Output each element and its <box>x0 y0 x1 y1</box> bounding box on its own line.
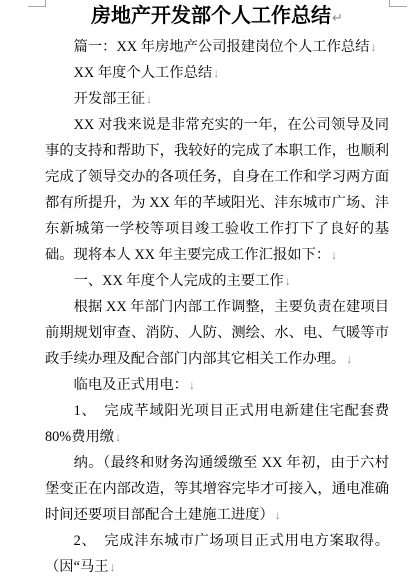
paragraph-text: 根据 XX 年部门内部工作调整，主要负责在建项目前期规划审查、消防、人防、测绘、… <box>45 299 389 367</box>
paragraph-text: 纳。（最终和财务沟通缓缴至 XX 年初，由于六村堡变正在内部改造，等其增容完毕才… <box>45 455 389 523</box>
document-page: 房地产开发部个人工作总结↵ 篇一：XX 年房地产公司报建岗位个人工作总结↓XX … <box>0 0 411 587</box>
paragraph: 一、XX 年度个人完成的主要工作↓ <box>45 268 389 294</box>
line-break-mark-icon: ↓ <box>284 274 291 288</box>
paragraph: XX 对我来说是非常充实的一年，在公司领导及同事的支持和帮助下，我较好的完成了本… <box>45 112 389 268</box>
line-break-mark-icon: ↓ <box>369 40 376 54</box>
paragraph-text: 篇一：XX 年房地产公司报建岗位个人工作总结 <box>74 39 370 55</box>
document-body: 房地产开发部个人工作总结↵ 篇一：XX 年房地产公司报建岗位个人工作总结↓XX … <box>45 0 389 580</box>
line-break-mark-icon: ↓ <box>274 508 281 522</box>
paragraph: 临电及正式用电：↓ <box>45 372 389 398</box>
paragraph-return-mark-icon: ↵ <box>331 10 343 25</box>
paragraph-list: 篇一：XX 年房地产公司报建岗位个人工作总结↓XX 年度个人工作总结↓开发部王征… <box>45 34 389 580</box>
document-title: 房地产开发部个人工作总结↵ <box>45 0 389 34</box>
paragraph-text: 1、 完成芊域阳光项目正式用电新建住宅配套费 80%费用缴 <box>45 403 389 445</box>
paragraph-text: XX 年度个人工作总结 <box>74 65 213 81</box>
line-break-mark-icon: ↓ <box>345 352 352 366</box>
paragraph: 纳。（最终和财务沟通缓缴至 XX 年初，由于六村堡变正在内部改造，等其增容完毕才… <box>45 450 389 528</box>
paragraph: 篇一：XX 年房地产公司报建岗位个人工作总结↓ <box>45 34 389 60</box>
paragraph-text: 一、XX 年度个人完成的主要工作 <box>74 273 284 289</box>
paragraph: 开发部王征↓ <box>45 86 389 112</box>
paragraph: 1、 完成芊域阳光项目正式用电新建住宅配套费 80%费用缴↓ <box>45 398 389 450</box>
line-break-mark-icon: ↓ <box>114 430 121 444</box>
paragraph-text: 2、 完成沣东城市广场项目正式用电方案取得。（因“马王 <box>45 533 389 575</box>
paragraph: 2、 完成沣东城市广场项目正式用电方案取得。（因“马王↓ <box>45 528 389 580</box>
paragraph-text: XX 对我来说是非常充实的一年，在公司领导及同事的支持和帮助下，我较好的完成了本… <box>45 117 389 263</box>
paragraph: 根据 XX 年部门内部工作调整，主要负责在建项目前期规划审查、消防、人防、测绘、… <box>45 294 389 372</box>
paragraph: XX 年度个人工作总结↓ <box>45 60 389 86</box>
line-break-mark-icon: ↓ <box>330 248 337 262</box>
paragraph-text: 临电及正式用电： <box>74 377 188 393</box>
text-boundary-mark-top-left-icon <box>28 0 46 7</box>
paragraph-text: 开发部王征 <box>74 91 145 107</box>
line-break-mark-icon: ↓ <box>188 378 195 392</box>
line-break-mark-icon: ↓ <box>109 560 116 574</box>
line-break-mark-icon: ↓ <box>145 92 152 106</box>
document-title-text: 房地产开发部个人工作总结 <box>91 5 331 27</box>
text-boundary-mark-top-right-icon <box>389 0 407 7</box>
line-break-mark-icon: ↓ <box>212 66 219 80</box>
